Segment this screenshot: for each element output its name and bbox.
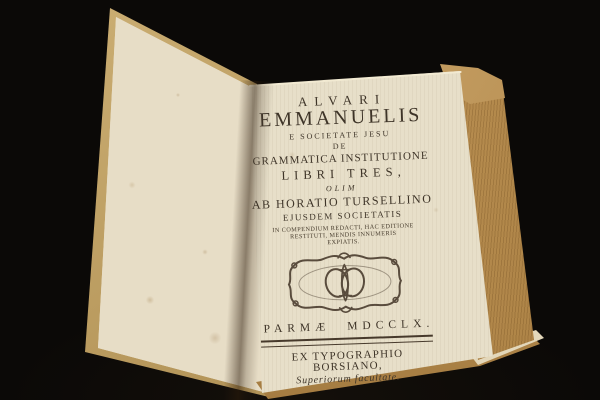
title-page-text: ALVARI EMMANUELIS E SOCIETATE JESU DE GR…: [246, 80, 440, 388]
printer-ornament: [252, 248, 438, 318]
imprint-place-date: PARMÆ MDCCLX.: [254, 319, 438, 337]
photo-of-antique-book: ALVARI EMMANUELIS E SOCIETATE JESU DE GR…: [0, 0, 600, 400]
imprint-double-rule: [260, 334, 433, 347]
editor-line: AB HORATIO TURSELLINO: [250, 192, 434, 210]
author-name-line2: EMMANUELIS: [247, 105, 432, 131]
book-title-line2: LIBRI TRES,: [249, 165, 433, 184]
rococo-cartouche-icon: [283, 249, 407, 317]
printer-monogram-icon: [323, 264, 368, 301]
